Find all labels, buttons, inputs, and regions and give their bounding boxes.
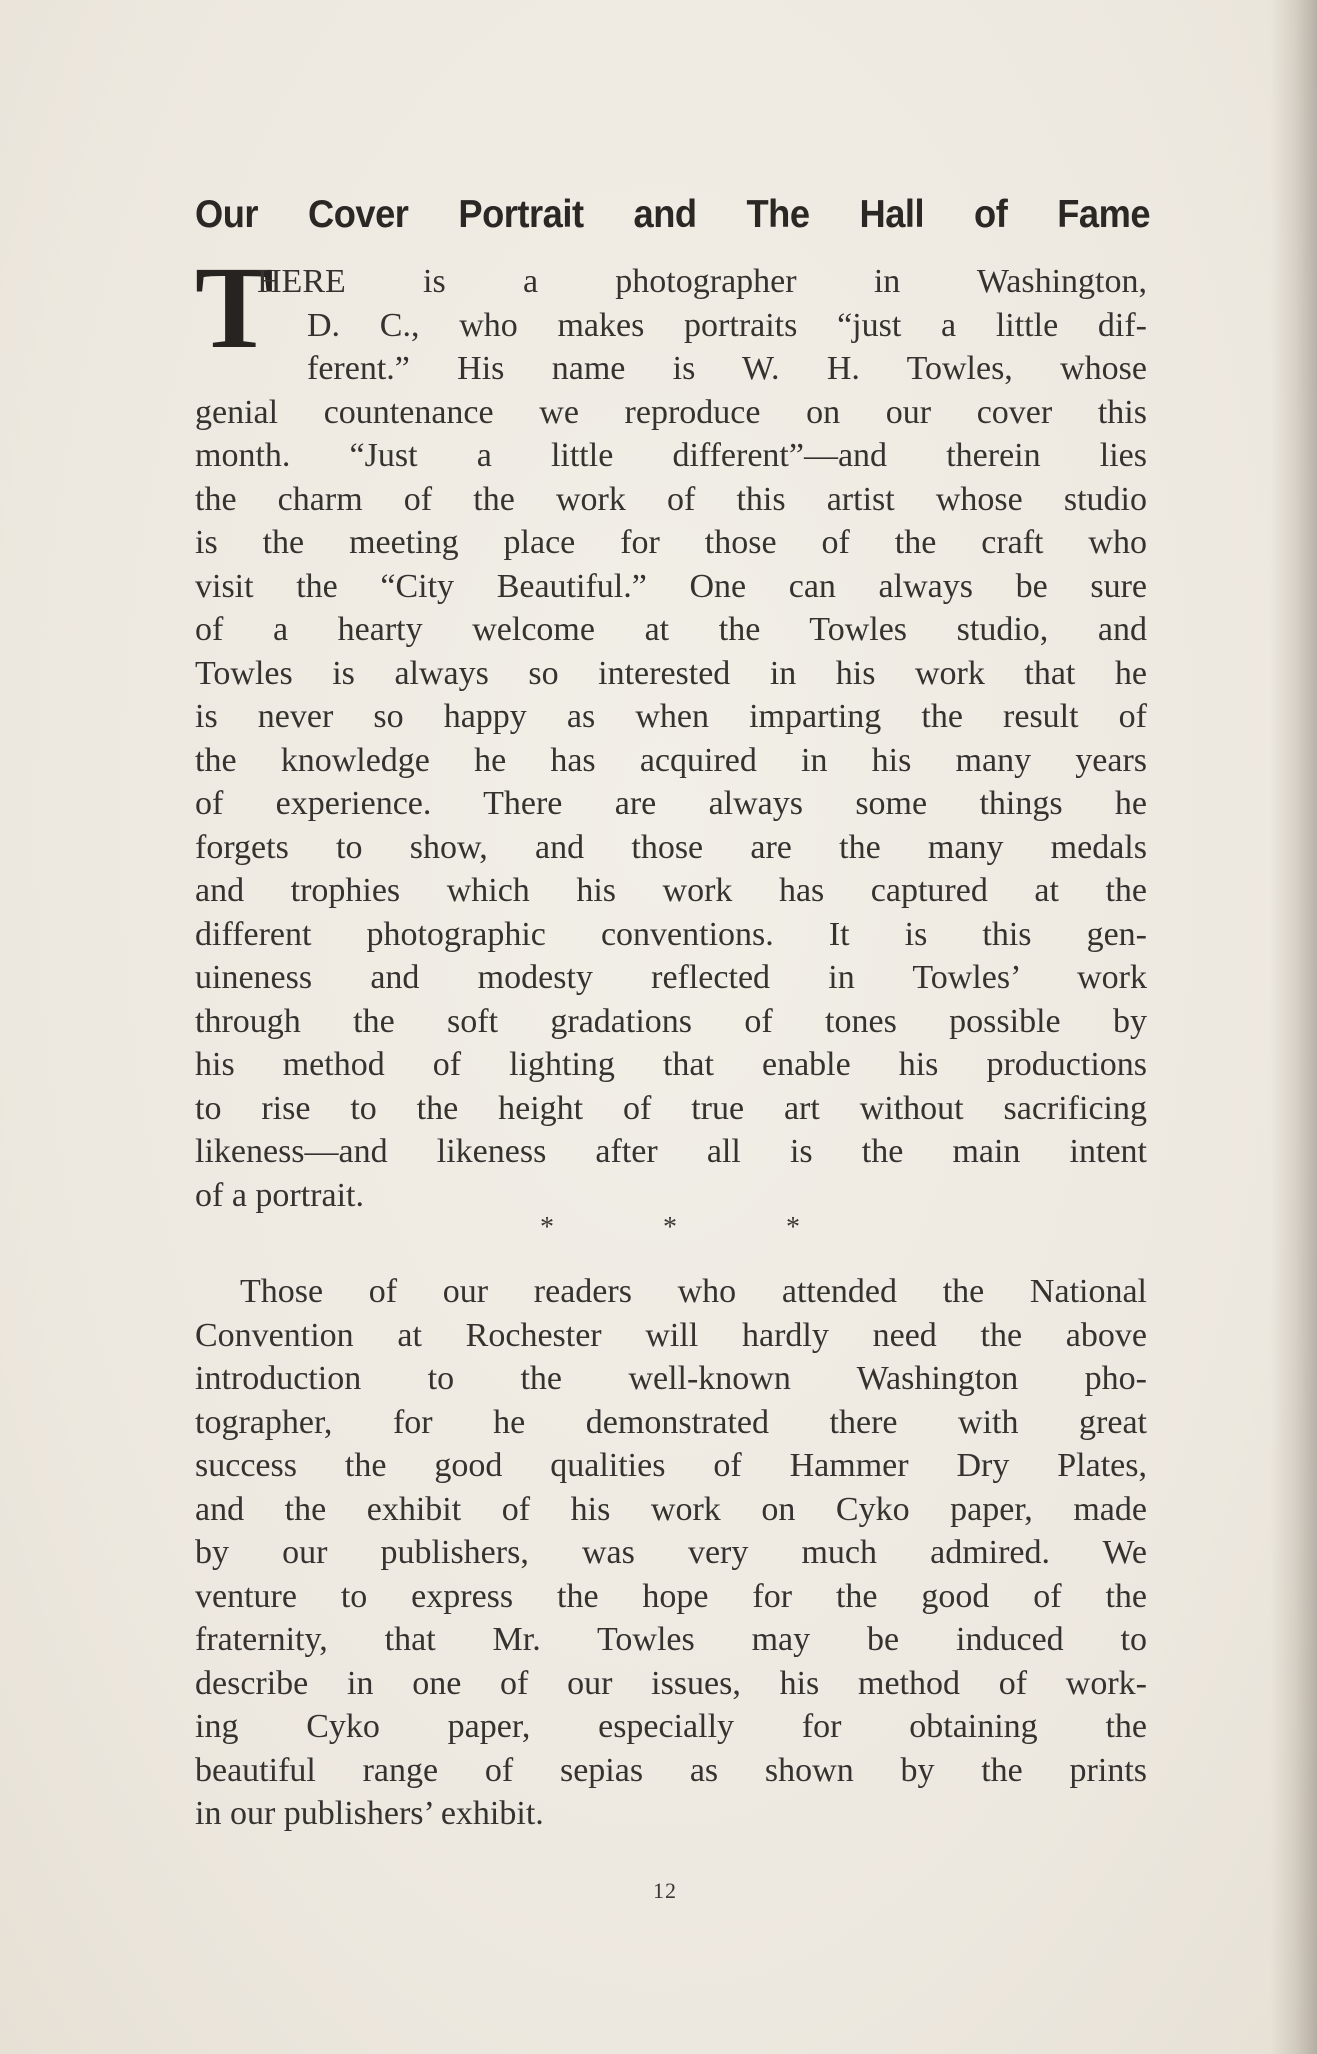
text-line: describe in one of our issues, his metho… [195,1662,1147,1706]
text-line: ferent.” His name is W. H. Towles, whose [195,347,1147,391]
text-line: and the exhibit of his work on Cyko pape… [195,1488,1147,1532]
title-word: Hall [859,192,924,238]
asterisk: * [540,1212,554,1244]
text-line: D. C., who makes portraits “just a littl… [195,304,1147,348]
text-line: and trophies which his work has captured… [195,869,1147,913]
text-line: genial countenance we reproduce on our c… [195,391,1147,435]
asterisk: * [786,1212,800,1244]
title-word: of [974,192,1007,238]
text-line: venture to express the hope for the good… [195,1575,1147,1619]
title-word: and [634,192,697,238]
text-line: different photographic conventions. It i… [195,913,1147,957]
text-line: visit the “City Beautiful.” One can alwa… [195,565,1147,609]
text-line: introduction to the well-known Washingto… [195,1357,1147,1401]
text-line: month. “Just a little different”—and the… [195,434,1147,478]
text-line: Towles is always so interested in his wo… [195,652,1147,696]
section-separator: * * * [540,1212,800,1244]
text-line: of experience. There are always some thi… [195,782,1147,826]
text-line: fraternity, that Mr. Towles may be induc… [195,1618,1147,1662]
text-line: ing Cyko paper, especially for obtaining… [195,1705,1147,1749]
text-line: Convention at Rochester will hardly need… [195,1314,1147,1358]
text-line: of a portrait. [195,1174,1147,1218]
text-line: likeness—and likeness after all is the m… [195,1130,1147,1174]
title-word: Our [195,192,258,238]
title-word: Portrait [458,192,583,238]
text-line: in our publishers’ exhibit. [195,1792,1147,1836]
text-line: uineness and modesty reflected in Towles… [195,956,1147,1000]
article-title: Our Cover Portrait and The Hall of Fame [195,192,1150,238]
text-line: by our publishers, was very much admired… [195,1531,1147,1575]
text-line: is never so happy as when imparting the … [195,695,1147,739]
title-word: The [746,192,809,238]
text-line: forgets to show, and those are the many … [195,826,1147,870]
text-line: the knowledge he has acquired in his man… [195,739,1147,783]
text-line: his method of lighting that enable his p… [195,1043,1147,1087]
paragraph-1: HERE is a photographer in Washington, D.… [195,260,1147,1217]
asterisk: * [663,1212,677,1244]
text-line: of a hearty welcome at the Towles studio… [195,608,1147,652]
paragraph-2: Those of our readers who attended the Na… [195,1270,1147,1836]
text-line: success the good qualities of Hammer Dry… [195,1444,1147,1488]
text-line: is the meeting place for those of the cr… [195,521,1147,565]
text-line: through the soft gradations of tones pos… [195,1000,1147,1044]
text-line: to rise to the height of true art withou… [195,1087,1147,1131]
page-number: 12 [640,1878,690,1904]
text-line: beautiful range of sepias as shown by th… [195,1749,1147,1793]
title-word: Cover [308,192,408,238]
book-page: Our Cover Portrait and The Hall of Fame … [0,0,1317,2054]
text-line: tographer, for he demonstrated there wit… [195,1401,1147,1445]
title-word: Fame [1057,192,1150,238]
text-line: the charm of the work of this artist who… [195,478,1147,522]
text-line: HERE is a photographer in Washington, [195,260,1147,304]
text-line: Those of our readers who attended the Na… [195,1270,1147,1314]
